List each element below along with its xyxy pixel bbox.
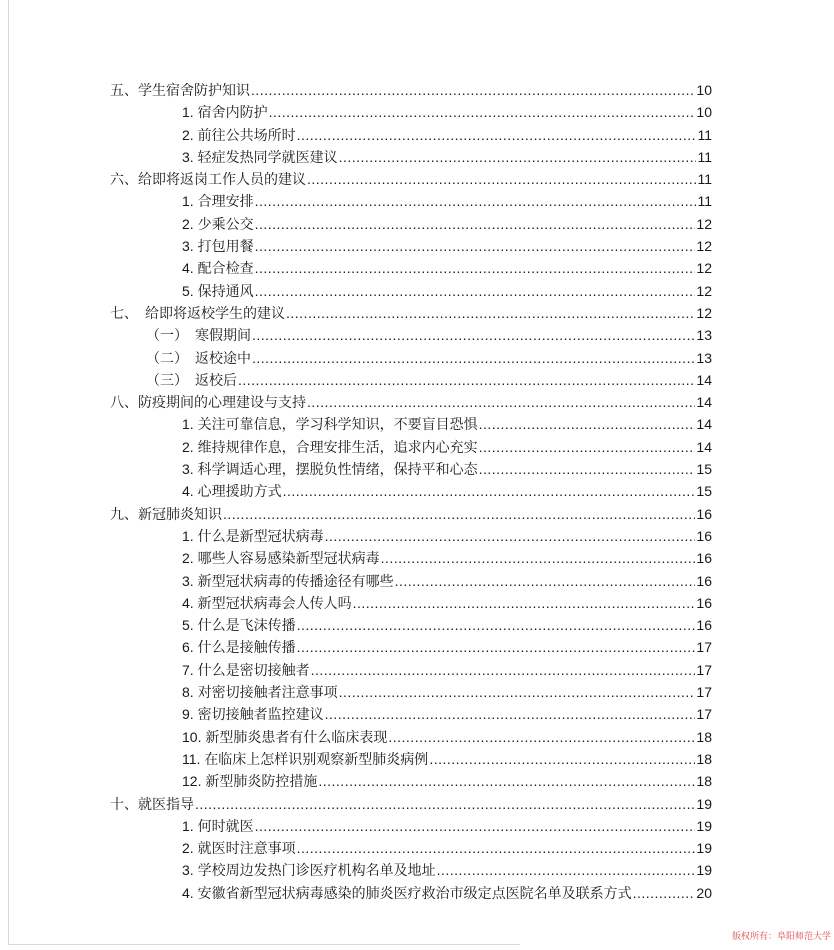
toc-entry-label: 9. 密切接触者监控建议 [182,703,324,725]
toc-entry-page: 15 [696,480,712,502]
toc-entry-page: 11 [697,124,712,146]
toc-entry-label: 2. 维持规律作息，合理安排生活，追求内心充实 [182,436,478,458]
dot-leader: ........................................… [251,79,695,101]
toc-row[interactable]: 1. 何时就医.................................… [110,815,712,837]
toc-entry-page: 12 [696,280,712,302]
toc-row[interactable]: 3. 轻症发热同学就医建议...........................… [110,146,712,168]
toc-row[interactable]: 九、新冠肺炎知识................................… [110,503,712,525]
table-of-contents: 五、学生宿舍防护知识..............................… [110,79,712,904]
toc-entry-page: 19 [696,815,712,837]
toc-row[interactable]: 六、给即将返岗工作人员的建议..........................… [110,168,712,190]
toc-entry-label: 3. 新型冠状病毒的传播途径有哪些 [182,570,394,592]
dot-leader: ........................................… [353,592,696,614]
toc-entry-page: 14 [696,391,712,413]
dot-leader: ........................................… [479,458,696,480]
toc-entry-page: 11 [697,146,712,168]
dot-leader: ........................................… [286,302,695,324]
toc-entry-label: 3. 科学调适心理，摆脱负性情绪，保持平和心态 [182,458,478,480]
toc-entry-page: 16 [696,592,712,614]
toc-row[interactable]: （二） 返校途中................................… [110,347,712,369]
toc-entry-label: 2. 哪些人容易感染新型冠状病毒 [182,547,380,569]
page-bottom-edge [8,944,520,945]
toc-row[interactable]: 10. 新型肺炎患者有什么临床表现.......................… [110,726,712,748]
dot-leader: ........................................… [297,614,696,636]
toc-entry-label: 3. 打包用餐 [182,235,254,257]
toc-row[interactable]: 4. 配合检查.................................… [110,257,712,279]
toc-row[interactable]: 2. 前往公共场所时..............................… [110,124,712,146]
toc-entry-label: 七、 给即将返校学生的建议 [110,302,285,324]
toc-entry-label: 九、新冠肺炎知识 [110,503,222,525]
dot-leader: ........................................… [479,436,696,458]
toc-entry-label: 6. 什么是接触传播 [182,636,296,658]
dot-leader: ........................................… [339,681,696,703]
toc-entry-label: 2. 少乘公交 [182,213,254,235]
toc-entry-page: 16 [696,614,712,636]
toc-entry-page: 16 [696,525,712,547]
toc-entry-label: 1. 合理安排 [182,190,254,212]
dot-leader: ........................................… [195,793,695,815]
dot-leader: ........................................… [429,748,695,770]
toc-entry-page: 12 [696,302,712,324]
toc-entry-page: 14 [696,436,712,458]
toc-entry-page: 17 [696,681,712,703]
toc-row[interactable]: 6. 什么是接触传播..............................… [110,636,712,658]
toc-entry-label: 12. 新型肺炎防控措施 [182,770,317,792]
dot-leader: ........................................… [633,882,696,904]
dot-leader: ........................................… [388,726,695,748]
page-left-edge [8,0,9,945]
toc-row[interactable]: 3. 科学调适心理，摆脱负性情绪，保持平和心态.................… [110,458,712,480]
toc-row[interactable]: 11. 在临床上怎样识别观察新型肺炎病例....................… [110,748,712,770]
toc-row[interactable]: 4. 安徽省新型冠状病毒感染的肺炎医疗救治市级定点医院名单及联系方式......… [110,882,712,904]
dot-leader: ........................................… [255,257,696,279]
toc-entry-label: 六、给即将返岗工作人员的建议 [110,168,306,190]
dot-leader: ........................................… [297,837,696,859]
toc-row[interactable]: 3. 打包用餐.................................… [110,235,712,257]
toc-entry-label: 4. 配合检查 [182,257,254,279]
dot-leader: ........................................… [223,503,695,525]
toc-entry-page: 20 [696,882,712,904]
toc-entry-label: 4. 心理援助方式 [182,480,282,502]
toc-entry-page: 13 [696,324,712,346]
dot-leader: ........................................… [437,859,696,881]
toc-entry-page: 19 [696,793,712,815]
toc-entry-page: 18 [696,748,712,770]
dot-leader: ........................................… [318,770,695,792]
toc-row[interactable]: 7. 什么是密切接触者.............................… [110,659,712,681]
dot-leader: ........................................… [255,190,697,212]
toc-entry-page: 19 [696,859,712,881]
toc-entry-label: 7. 什么是密切接触者 [182,659,310,681]
dot-leader: ........................................… [252,324,695,346]
toc-row[interactable]: 1. 什么是新型冠状病毒............................… [110,525,712,547]
dot-leader: ........................................… [311,659,696,681]
toc-row[interactable]: 8. 对密切接触者注意事项...........................… [110,681,712,703]
toc-entry-label: （一） 寒假期间 [146,324,251,346]
toc-row[interactable]: 十、就医指导..................................… [110,793,712,815]
toc-row[interactable]: 4. 新型冠状病毒会人传人吗..........................… [110,592,712,614]
toc-row[interactable]: 5. 什么是飞沫传播..............................… [110,614,712,636]
toc-entry-page: 17 [696,703,712,725]
toc-entry-label: 2. 前往公共场所时 [182,124,296,146]
toc-row[interactable]: 2. 维持规律作息，合理安排生活，追求内心充实.................… [110,436,712,458]
toc-entry-page: 16 [696,547,712,569]
toc-entry-label: 1. 什么是新型冠状病毒 [182,525,324,547]
dot-leader: ........................................… [381,547,696,569]
toc-row[interactable]: （一） 寒假期间................................… [110,324,712,346]
dot-leader: ........................................… [238,369,695,391]
dot-leader: ........................................… [297,124,697,146]
dot-leader: ........................................… [255,280,696,302]
dot-leader: ........................................… [297,636,696,658]
toc-entry-label: 4. 安徽省新型冠状病毒感染的肺炎医疗救治市级定点医院名单及联系方式 [182,882,632,904]
dot-leader: ........................................… [283,480,696,502]
toc-entry-page: 18 [696,770,712,792]
toc-row[interactable]: 1. 合理安排.................................… [110,190,712,212]
toc-row[interactable]: 1. 关注可靠信息，学习科学知识，不要盲目恐惧.................… [110,413,712,435]
dot-leader: ........................................… [479,413,696,435]
toc-entry-page: 17 [696,659,712,681]
dot-leader: ........................................… [395,570,696,592]
dot-leader: ........................................… [307,168,696,190]
dot-leader: ........................................… [255,213,696,235]
copyright-watermark: 版权所有：阜阳师范大学 [732,929,831,942]
toc-row[interactable]: （三） 返校后.................................… [110,369,712,391]
toc-entry-label: 5. 什么是飞沫传播 [182,614,296,636]
toc-row[interactable]: 4. 心理援助方式...............................… [110,480,712,502]
dot-leader: ........................................… [339,146,697,168]
toc-entry-label: 11. 在临床上怎样识别观察新型肺炎病例 [182,748,428,770]
toc-entry-page: 13 [696,347,712,369]
toc-row[interactable]: 3. 新型冠状病毒的传播途径有哪些.......................… [110,570,712,592]
toc-entry-page: 14 [696,413,712,435]
toc-entry-label: 4. 新型冠状病毒会人传人吗 [182,592,352,614]
toc-row[interactable]: 八、防疫期间的心理建设与支持..........................… [110,391,712,413]
toc-row[interactable]: 12. 新型肺炎防控措施............................… [110,770,712,792]
toc-entry-page: 19 [696,837,712,859]
toc-entry-label: 3. 学校周边发热门诊医疗机构名单及地址 [182,859,436,881]
toc-entry-page: 18 [696,726,712,748]
dot-leader: ........................................… [325,525,696,547]
dot-leader: ........................................… [325,703,696,725]
toc-entry-label: 1. 何时就医 [182,815,254,837]
dot-leader: ........................................… [255,815,696,837]
toc-entry-label: 八、防疫期间的心理建设与支持 [110,391,306,413]
toc-entry-page: 16 [696,503,712,525]
toc-row[interactable]: 5. 保持通风.................................… [110,280,712,302]
toc-row[interactable]: 3. 学校周边发热门诊医疗机构名单及地址....................… [110,859,712,881]
toc-row[interactable]: 2. 就医时注意事项..............................… [110,837,712,859]
toc-entry-label: 3. 轻症发热同学就医建议 [182,146,338,168]
toc-row[interactable]: 1. 宿舍内防护................................… [110,101,712,123]
toc-row[interactable]: 七、 给即将返校学生的建议...........................… [110,302,712,324]
toc-entry-page: 10 [696,79,712,101]
toc-row[interactable]: 2. 少乘公交.................................… [110,213,712,235]
toc-entry-label: 8. 对密切接触者注意事项 [182,681,338,703]
toc-entry-page: 16 [696,570,712,592]
toc-row[interactable]: 2. 哪些人容易感染新型冠状病毒........................… [110,547,712,569]
toc-entry-label: 五、学生宿舍防护知识 [110,79,250,101]
dot-leader: ........................................… [269,101,696,123]
toc-entry-label: 10. 新型肺炎患者有什么临床表现 [182,726,387,748]
toc-entry-page: 12 [696,257,712,279]
toc-entry-label: 1. 关注可靠信息，学习科学知识，不要盲目恐惧 [182,413,478,435]
toc-row[interactable]: 五、学生宿舍防护知识..............................… [110,79,712,101]
dot-leader: ........................................… [252,347,695,369]
toc-entry-page: 12 [696,235,712,257]
toc-entry-label: 十、就医指导 [110,793,194,815]
dot-leader: ........................................… [307,391,695,413]
toc-entry-label: （三） 返校后 [146,369,237,391]
toc-entry-label: （二） 返校途中 [146,347,251,369]
toc-entry-page: 11 [697,168,712,190]
toc-entry-label: 2. 就医时注意事项 [182,837,296,859]
toc-entry-page: 12 [696,213,712,235]
toc-entry-page: 14 [696,369,712,391]
dot-leader: ........................................… [255,235,696,257]
toc-row[interactable]: 9. 密切接触者监控建议............................… [110,703,712,725]
toc-entry-page: 11 [697,190,712,212]
toc-entry-label: 5. 保持通风 [182,280,254,302]
toc-entry-page: 15 [696,458,712,480]
toc-entry-page: 10 [696,101,712,123]
toc-entry-page: 17 [696,636,712,658]
toc-entry-label: 1. 宿舍内防护 [182,101,268,123]
